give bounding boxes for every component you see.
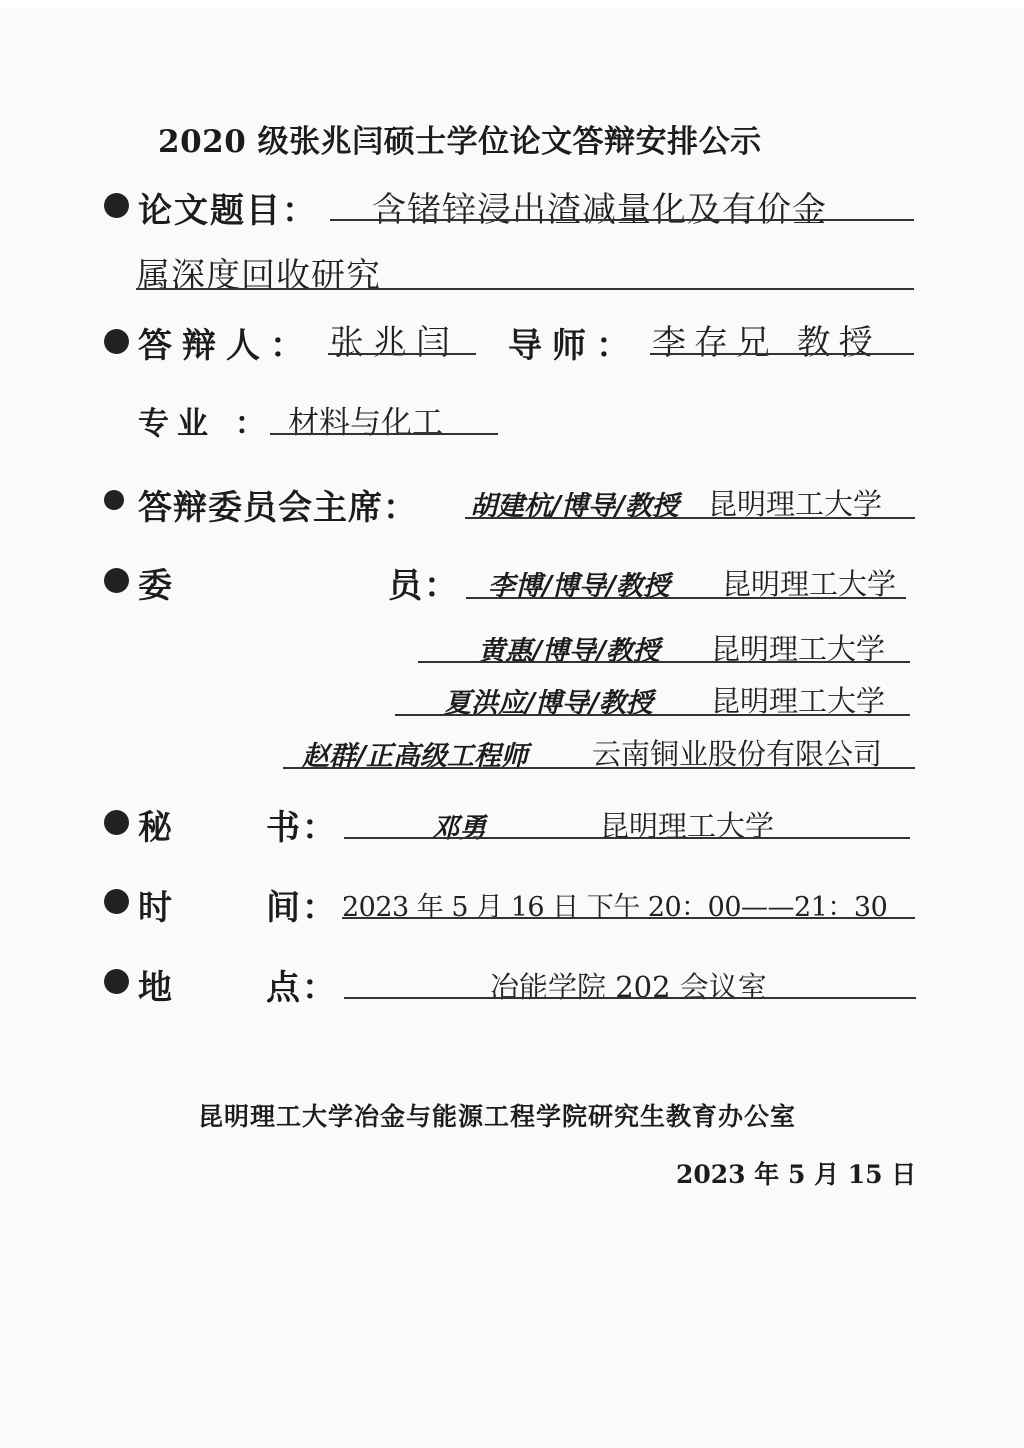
place-label-right: 点：	[266, 960, 338, 1009]
underline	[342, 917, 915, 919]
thesis-title-line1: 含锗锌浸出渣减量化及有价金	[372, 182, 827, 231]
thesis-label: 论文题目：	[138, 183, 318, 232]
defender-name: 张兆闫	[330, 315, 459, 364]
bullet-icon	[104, 568, 129, 593]
underline	[136, 288, 914, 290]
underline	[283, 767, 915, 769]
underline	[395, 714, 910, 716]
advisor-label: 导师：	[508, 318, 640, 367]
underline	[270, 433, 498, 435]
underline	[330, 219, 914, 221]
scan-top-margin	[0, 0, 1024, 8]
issue-date: 2023 年 5 月 15 日	[676, 1155, 916, 1191]
underline	[418, 661, 910, 663]
members-label-left: 委	[138, 558, 174, 607]
secretary-label-right: 书：	[266, 800, 338, 849]
bullet-icon	[104, 490, 124, 510]
defender-label: 答辩人：	[138, 318, 314, 367]
place-value: 冶能学院 202 会议室	[490, 965, 767, 1006]
bullet-icon	[104, 889, 129, 914]
major-value: 材料与化工	[288, 397, 443, 442]
underline	[465, 517, 915, 519]
underline	[344, 997, 916, 999]
underline	[466, 597, 906, 599]
chair-label: 答辩委员会主席：	[138, 480, 418, 529]
secretary-name: 邓勇	[432, 806, 486, 845]
advisor-name: 李存兄 教授	[652, 315, 881, 364]
members-label-right: 员：	[388, 558, 460, 607]
major-label: 专业 ：	[138, 398, 274, 443]
bullet-icon	[104, 329, 129, 354]
time-label-right: 间：	[266, 880, 338, 929]
place-label-left: 地	[138, 960, 174, 1009]
bullet-icon	[104, 969, 129, 994]
issuing-office: 昆明理工大学冶金与能源工程学院研究生教育办公室	[198, 1097, 796, 1133]
bullet-icon	[104, 193, 129, 218]
bullet-icon	[104, 810, 129, 835]
underline	[650, 353, 914, 355]
underline	[328, 353, 476, 355]
underline	[344, 837, 910, 839]
secretary-label-left: 秘	[138, 800, 174, 849]
time-label-left: 时	[138, 880, 174, 929]
page-title: 2020 级张兆闫硕士学位论文答辩安排公示	[158, 116, 762, 161]
